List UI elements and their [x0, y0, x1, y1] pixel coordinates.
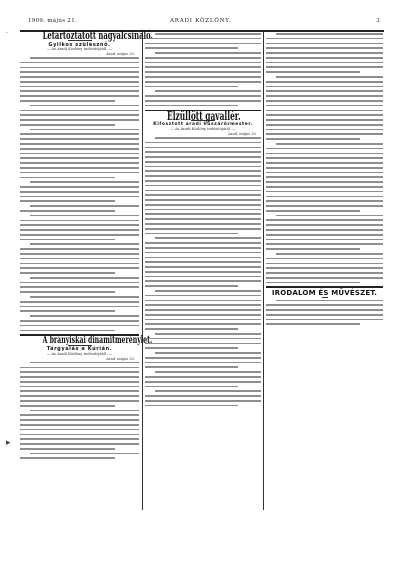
- text-line: [20, 448, 115, 450]
- text-line: [30, 410, 139, 412]
- text-line: [20, 325, 139, 327]
- text-line: [266, 167, 383, 169]
- text-line: [145, 81, 261, 83]
- text-line: [145, 151, 261, 153]
- text-line: [145, 386, 238, 388]
- text-line: [20, 267, 139, 269]
- text-line: [266, 114, 383, 116]
- article-elzullott-gavaller: Elzüllött gavallér. Kifosztott aradi hus…: [145, 114, 261, 406]
- article-body: [20, 362, 139, 459]
- text-line: [266, 90, 383, 92]
- text-line: [145, 185, 261, 187]
- text-line: [145, 405, 238, 407]
- text-line: [266, 229, 383, 231]
- text-line: [266, 62, 383, 64]
- text-line: [20, 424, 139, 426]
- text-line: [20, 330, 115, 332]
- text-line: [145, 76, 261, 78]
- text-line: [145, 199, 261, 201]
- text-line: [266, 95, 383, 97]
- text-line: [266, 66, 383, 68]
- text-line: [145, 280, 261, 282]
- column-divider-2: [263, 32, 264, 510]
- text-line: [145, 105, 238, 107]
- text-line: [20, 62, 139, 64]
- text-line: [145, 228, 261, 230]
- text-line: [145, 376, 261, 378]
- text-line: [20, 133, 139, 135]
- text-line: [20, 253, 139, 255]
- text-line: [30, 181, 139, 183]
- article-continuation: [266, 33, 383, 283]
- text-line: [30, 205, 139, 207]
- text-line: [30, 453, 139, 455]
- text-line: [145, 209, 261, 211]
- text-line: [145, 218, 261, 220]
- text-line: [266, 138, 360, 140]
- text-line: [266, 304, 383, 306]
- text-line: [20, 172, 139, 174]
- text-line: [266, 81, 383, 83]
- text-line: [266, 71, 360, 73]
- text-line: [266, 224, 383, 226]
- text-line: [20, 196, 139, 198]
- text-line: [145, 271, 261, 273]
- text-line: [20, 419, 139, 421]
- text-line: [20, 429, 139, 431]
- text-line: [145, 100, 261, 102]
- text-line: [155, 237, 261, 239]
- text-line: [276, 300, 383, 302]
- text-line: [20, 186, 139, 188]
- text-line: [266, 172, 383, 174]
- text-line: [20, 457, 115, 459]
- text-line: [145, 323, 261, 325]
- text-line: [145, 347, 238, 349]
- column-3: IRODALOM ÉS MŰVÉSZET.: [266, 33, 383, 328]
- text-line: [145, 156, 261, 158]
- issue-date: 1909. május 21.: [28, 18, 77, 24]
- text-line: [266, 52, 383, 54]
- text-line: [276, 143, 383, 145]
- text-line: [145, 266, 261, 268]
- text-line: [20, 210, 115, 212]
- text-line: [266, 258, 383, 260]
- text-line: [266, 162, 383, 164]
- article-body: [20, 57, 139, 331]
- text-line: [266, 200, 383, 202]
- article-letartoztatott: Letartóztatott nagyalcsináló. Gyilkos sz…: [20, 34, 139, 331]
- text-line: [20, 95, 139, 97]
- text-line: [266, 157, 383, 159]
- text-line: [145, 319, 261, 321]
- text-line: [145, 233, 238, 235]
- text-line: [20, 395, 139, 397]
- text-line: [20, 258, 139, 260]
- text-line: [155, 33, 261, 35]
- text-line: [20, 263, 139, 265]
- text-line: [145, 252, 261, 254]
- article-headline: Letartóztatott nagyalcsináló.: [43, 34, 117, 39]
- text-line: [20, 110, 139, 112]
- article-body: [145, 137, 261, 406]
- article-branyiskai: A brányiskai dinamitmerénylet. Tárgyalás…: [20, 339, 139, 459]
- text-line: [20, 220, 139, 222]
- text-line: [155, 52, 261, 54]
- text-line: [145, 147, 261, 149]
- text-line: [20, 67, 139, 69]
- text-line: [145, 381, 261, 383]
- text-line: [20, 148, 139, 150]
- text-line: [20, 306, 139, 308]
- text-line: [20, 386, 139, 388]
- text-line: [20, 438, 139, 440]
- text-line: [266, 129, 383, 131]
- text-line: [20, 90, 139, 92]
- text-line: [145, 314, 261, 316]
- text-line: [266, 100, 383, 102]
- text-line: [145, 142, 261, 144]
- text-line: [145, 247, 261, 249]
- column-divider-1: [142, 32, 143, 510]
- text-line: [155, 333, 261, 335]
- text-line: [20, 191, 139, 193]
- text-line: [145, 257, 261, 259]
- text-line: [145, 300, 261, 302]
- text-line: [145, 166, 261, 168]
- text-line: [145, 400, 261, 402]
- text-line: [145, 180, 261, 182]
- text-line: [145, 261, 261, 263]
- text-line: [266, 124, 383, 126]
- text-line: [145, 223, 261, 225]
- text-line: [20, 291, 115, 293]
- text-line: [145, 276, 261, 278]
- text-line: [266, 181, 383, 183]
- text-line: [20, 76, 139, 78]
- text-line: [20, 81, 139, 83]
- text-line: [276, 76, 383, 78]
- text-line: [145, 295, 261, 297]
- text-line: [20, 157, 139, 159]
- text-line: [155, 390, 261, 392]
- text-line: [20, 177, 115, 179]
- text-line: [155, 371, 261, 373]
- text-line: [155, 137, 261, 139]
- text-line: [266, 86, 383, 88]
- text-line: [20, 119, 139, 121]
- text-line: [266, 133, 383, 135]
- text-line: [20, 310, 115, 312]
- text-line: [145, 357, 261, 359]
- text-line: [20, 143, 139, 145]
- text-line: [266, 191, 383, 193]
- text-line: [266, 234, 383, 236]
- text-line: [145, 395, 261, 397]
- text-line: [266, 176, 383, 178]
- text-line: [145, 43, 261, 45]
- text-line: [155, 290, 261, 292]
- text-line: [266, 57, 383, 59]
- text-line: [145, 204, 261, 206]
- text-line: [266, 309, 383, 311]
- text-line: [145, 304, 261, 306]
- text-line: [145, 170, 261, 172]
- text-line: [155, 352, 261, 354]
- text-line: [20, 114, 139, 116]
- text-line: [20, 320, 139, 322]
- text-line: [145, 57, 261, 59]
- section-irodalom: IRODALOM ÉS MŰVÉSZET.: [266, 291, 383, 325]
- text-line: [266, 43, 383, 45]
- text-line: [145, 66, 261, 68]
- text-line: [20, 286, 139, 288]
- text-line: [20, 400, 139, 402]
- newspaper-page: 1909. május 21. ARADI KÖZLÖNY. 3 Letartó…: [20, 14, 384, 514]
- text-line: [145, 309, 261, 311]
- column-1: Letartóztatott nagyalcsináló. Gyilkos sz…: [20, 33, 139, 462]
- text-line: [145, 338, 261, 340]
- text-line: [266, 248, 360, 250]
- text-line: [30, 57, 139, 59]
- text-line: [266, 243, 383, 245]
- text-line: [30, 315, 139, 317]
- column-2: Elzüllött gavallér. Kifosztott aradi hus…: [145, 33, 261, 410]
- text-line: [20, 234, 139, 236]
- text-line: [266, 323, 360, 325]
- text-line: [20, 371, 139, 373]
- article-continuation: [145, 33, 261, 106]
- text-line: [266, 282, 360, 284]
- text-line: [20, 282, 139, 284]
- text-line: [20, 224, 139, 226]
- text-line: [145, 190, 261, 192]
- text-line: [266, 148, 383, 150]
- text-line: [145, 242, 261, 244]
- text-line: [145, 95, 261, 97]
- text-line: [145, 213, 261, 215]
- text-line: [145, 175, 261, 177]
- text-line: [20, 405, 115, 407]
- text-line: [20, 162, 139, 164]
- text-line: [20, 100, 115, 102]
- margin-mark: ▸: [6, 438, 11, 448]
- text-line: [266, 153, 383, 155]
- text-line: [276, 215, 383, 217]
- text-line: [145, 71, 261, 73]
- text-line: [155, 90, 261, 92]
- text-line: [266, 210, 360, 212]
- text-line: [145, 161, 261, 163]
- section-divider: [266, 286, 383, 288]
- text-line: [266, 267, 383, 269]
- text-line: [20, 272, 115, 274]
- text-line: [20, 239, 115, 241]
- section-body: [266, 300, 383, 326]
- text-line: [266, 219, 383, 221]
- text-line: [20, 153, 139, 155]
- text-line: [20, 229, 139, 231]
- article-headline: Elzüllött gavallér.: [167, 114, 239, 119]
- text-line: [20, 86, 139, 88]
- text-line: [145, 47, 238, 49]
- text-line: [145, 62, 261, 64]
- text-line: [20, 124, 115, 126]
- text-line: [276, 253, 383, 255]
- text-line: [266, 119, 383, 121]
- text-line: [30, 105, 139, 107]
- text-line: [20, 367, 139, 369]
- text-line: [266, 196, 383, 198]
- text-line: [145, 285, 238, 287]
- text-line: [145, 366, 238, 368]
- text-line: [20, 434, 139, 436]
- text-line: [145, 343, 261, 345]
- text-line: [30, 362, 139, 364]
- text-line: [145, 362, 261, 364]
- text-line: [30, 243, 139, 245]
- text-line: [266, 47, 383, 49]
- text-line: [266, 314, 383, 316]
- text-line: [276, 33, 383, 35]
- text-line: [20, 381, 139, 383]
- text-line: [266, 105, 383, 107]
- text-line: [266, 319, 383, 321]
- text-line: [266, 272, 383, 274]
- text-line: [30, 215, 139, 217]
- article-headline: A brányiskai dinamitmerénylet.: [43, 339, 117, 344]
- text-line: [266, 38, 383, 40]
- text-line: [20, 71, 139, 73]
- text-line: [266, 205, 383, 207]
- text-line: [266, 186, 383, 188]
- text-line: [30, 129, 139, 131]
- section-title: IRODALOM ÉS MŰVÉSZET.: [266, 291, 383, 296]
- text-line: [266, 239, 383, 241]
- text-line: [145, 194, 261, 196]
- page-number: 3: [376, 18, 380, 24]
- text-line: [20, 138, 139, 140]
- text-line: [20, 376, 139, 378]
- running-head: 1909. május 21. ARADI KÖZLÖNY. 3: [20, 14, 384, 28]
- text-line: [20, 248, 139, 250]
- text-line: [20, 301, 139, 303]
- margin-mark: ·: [6, 30, 8, 37]
- text-line: [20, 167, 139, 169]
- text-line: [145, 38, 261, 40]
- text-line: [266, 277, 383, 279]
- text-line: [266, 110, 383, 112]
- text-line: [30, 277, 139, 279]
- text-line: [20, 443, 139, 445]
- text-line: [266, 263, 383, 265]
- text-line: [20, 390, 139, 392]
- text-line: [20, 200, 115, 202]
- text-line: [145, 86, 238, 88]
- text-line: [30, 296, 139, 298]
- text-line: [20, 414, 139, 416]
- newspaper-title: ARADI KÖZLÖNY.: [170, 18, 232, 24]
- text-line: [145, 328, 238, 330]
